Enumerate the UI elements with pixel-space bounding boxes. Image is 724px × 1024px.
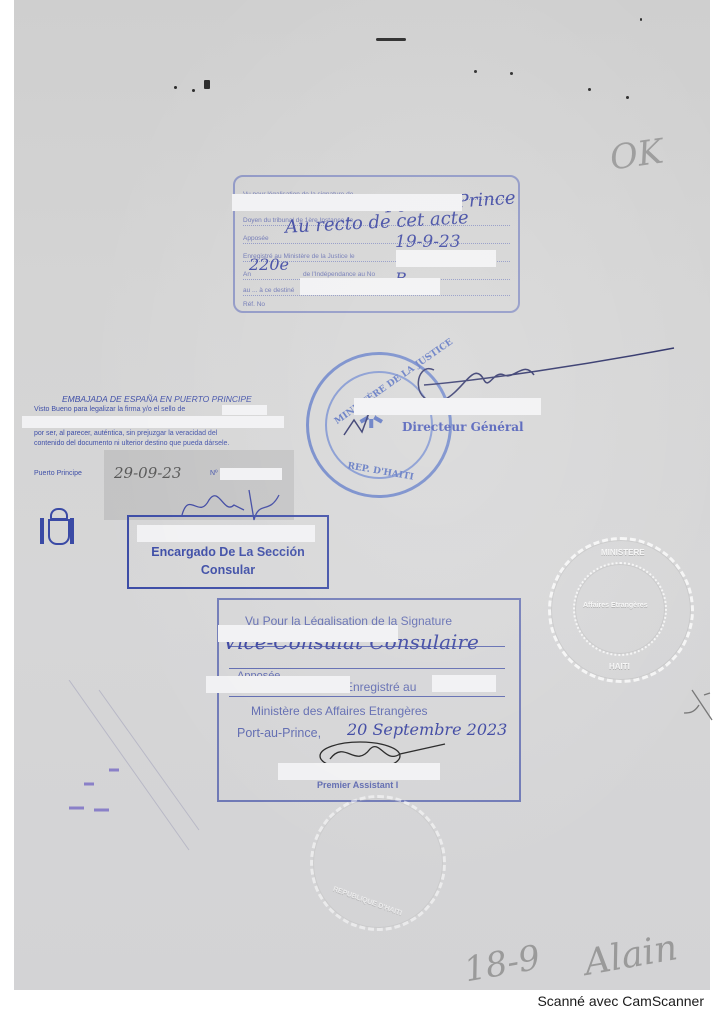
embassy-title: EMBAJADA DE ESPAÑA EN PUERTO PRINCIPE bbox=[62, 394, 252, 404]
ink-mark bbox=[474, 70, 477, 73]
redaction-bar bbox=[137, 525, 315, 542]
ink-mark bbox=[376, 38, 406, 41]
ink-mark bbox=[588, 88, 591, 91]
embassy-line-1: Visto Bueno para legalizar la firma y/o … bbox=[34, 406, 185, 413]
redaction-bar bbox=[22, 416, 284, 428]
embossed-inner-ring bbox=[573, 562, 667, 656]
redaction-bar bbox=[232, 194, 462, 211]
ink-mark bbox=[640, 18, 642, 21]
consular-title-line-1: Encargado De La Sección bbox=[129, 545, 327, 559]
redaction-bar bbox=[206, 676, 350, 693]
mae-place: Port-au-Prince, bbox=[237, 726, 321, 740]
consular-title-line-2: Consular bbox=[129, 563, 327, 577]
stamp-label: Réf. No bbox=[243, 301, 265, 308]
embossed-seal-ministry: MINISTERE Affaires Etrangères HAITI bbox=[548, 537, 694, 683]
ink-mark bbox=[626, 96, 629, 99]
mae-registered-label: Enregistré au bbox=[345, 680, 416, 694]
embossed-seal-republic: REPUBLIQUE D'HAITI bbox=[310, 795, 446, 931]
redaction-bar bbox=[354, 398, 541, 415]
embossed-ring-text: REPUBLIQUE D'HAITI bbox=[332, 886, 403, 917]
embossed-bottom-text: HAITI bbox=[609, 662, 630, 671]
faint-pen-marks bbox=[39, 680, 209, 860]
spain-coat-of-arms-icon bbox=[40, 508, 74, 548]
ink-mark bbox=[192, 89, 195, 92]
pencil-mark bbox=[684, 685, 714, 725]
mae-ministry: Ministère des Affaires Etrangères bbox=[251, 704, 428, 718]
pencil-date: 18-9 bbox=[461, 938, 543, 991]
scanned-page: OK Vu pour légalisation de la signature … bbox=[14, 0, 710, 990]
ink-mark bbox=[174, 86, 177, 89]
stamp-label: au ... à ce destiné bbox=[243, 287, 294, 294]
mae-signatory-title: Premier Assistant I bbox=[317, 780, 398, 790]
embossed-center-text: Affaires Etrangères bbox=[583, 602, 648, 609]
handwritten-date: 19-9-23 bbox=[395, 232, 461, 252]
ink-mark bbox=[510, 72, 513, 75]
ok-annotation: OK bbox=[607, 131, 665, 178]
redaction-bar bbox=[218, 625, 398, 642]
embossed-top-text: MINISTERE bbox=[601, 548, 645, 557]
stamp-label: de l'Indépendance au No bbox=[303, 271, 375, 278]
embassy-number-label: Nº bbox=[210, 470, 218, 477]
embassy-line-2: por ser, al parecer, auténtica, sin prej… bbox=[34, 430, 217, 437]
consular-section-box: Encargado De La Sección Consular bbox=[127, 515, 329, 589]
redaction-bar bbox=[220, 468, 282, 480]
redaction-bar bbox=[300, 278, 440, 295]
redaction-bar bbox=[396, 250, 496, 267]
redaction-bar bbox=[222, 405, 267, 415]
embassy-line-3: contenido del documento ni ulterior dest… bbox=[34, 440, 229, 447]
redaction-bar bbox=[278, 763, 440, 780]
handwritten-year: 220e bbox=[249, 255, 289, 274]
ink-mark bbox=[204, 80, 210, 89]
redaction-bar bbox=[432, 675, 496, 692]
embassy-place-label: Puerto Principe bbox=[34, 470, 82, 477]
pencil-name: Alain bbox=[581, 927, 680, 984]
stamp-label: Apposée bbox=[243, 235, 269, 242]
camscanner-watermark: Scanné avec CamScanner bbox=[537, 993, 704, 1009]
director-general-title: Directeur Général bbox=[402, 420, 524, 434]
embassy-date: 29-09-23 bbox=[114, 464, 181, 482]
